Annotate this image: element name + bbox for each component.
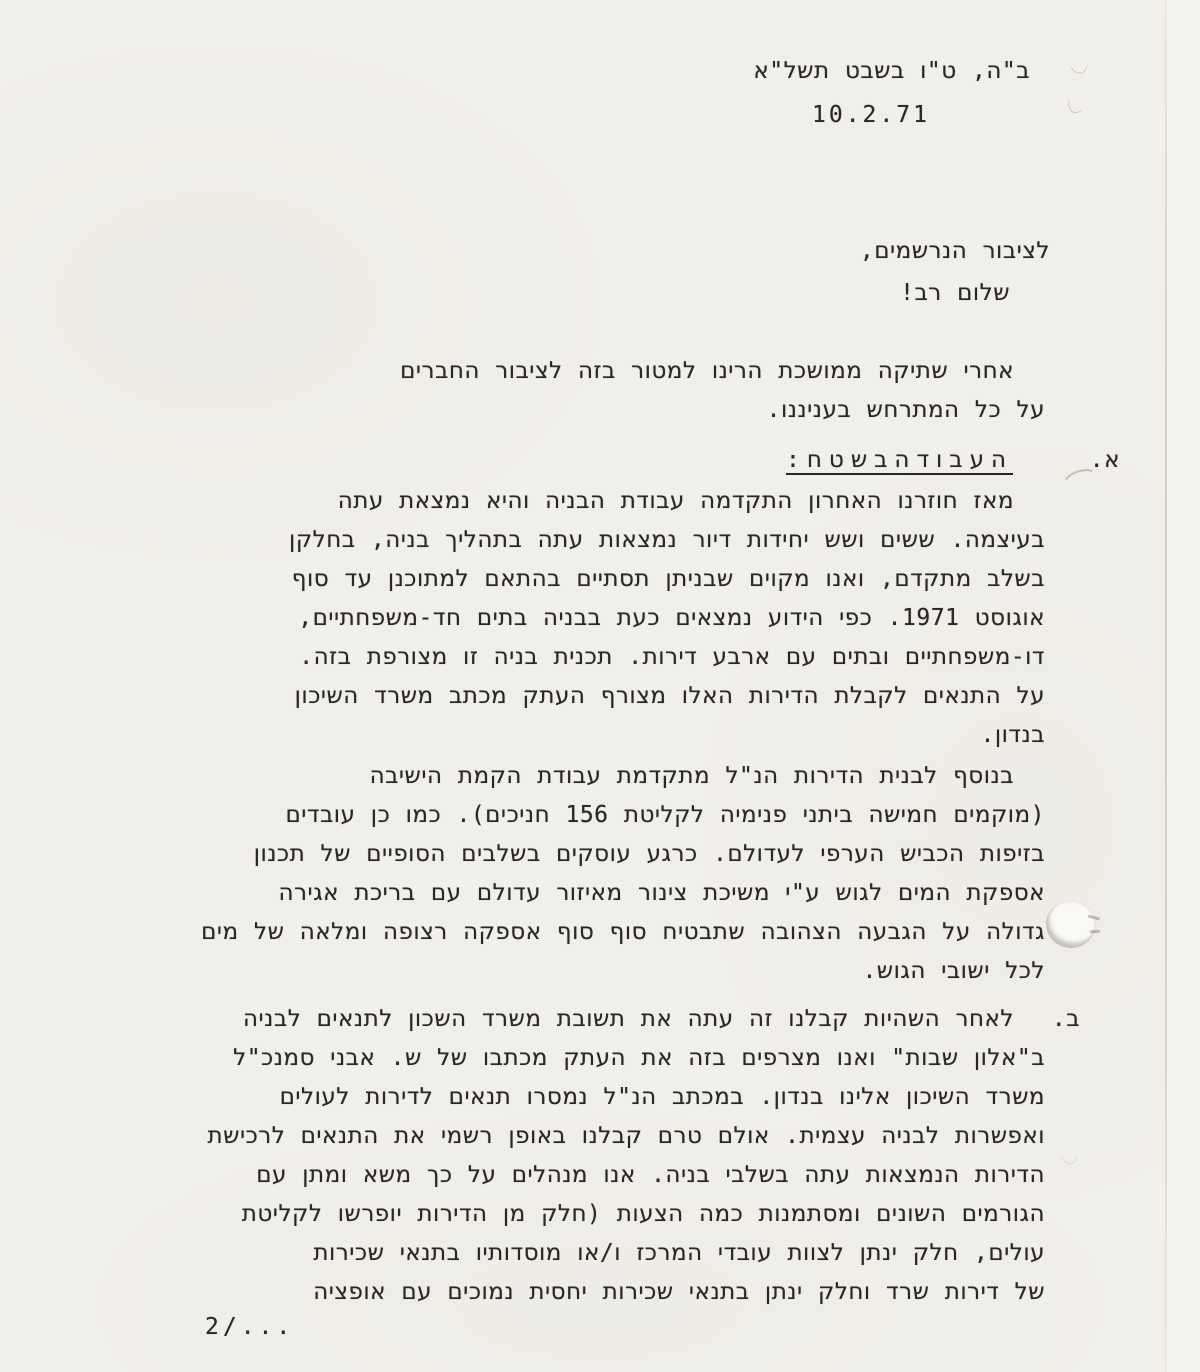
section-b-paragraph: לאחר השהיות קבלנו זה עתה את תשובת משרד ה… xyxy=(208,1000,1045,1312)
text-line: הגורמים השונים ומסתמנות כמה הצעות (חלק מ… xyxy=(208,1195,1045,1234)
text-line: לציבור הנרשמים, xyxy=(860,230,1050,272)
text-line: בנוסף לבנית הדירות הנ"ל מתקדמת עבודת הקמ… xyxy=(201,757,1045,796)
intro-paragraph: אחרי שתיקה ממושכת הרינו למטור בזה לציבור… xyxy=(400,352,1045,430)
text-line: בנדון. xyxy=(289,716,1045,755)
text-line: מאז חוזרנו האחרון התקדמה עבודת הבניה והי… xyxy=(289,482,1045,521)
text-line: הדירות הנמצאות עתה בשלבי בניה. אנו מנהלי… xyxy=(208,1156,1045,1195)
scanned-letter-page: ב"ה, ט"ו בשבט תשל"א 10.2.71 לציבור הנרשמ… xyxy=(0,0,1200,1372)
text-line: משרד השיכון אלינו בנדון. במכתב הנ"ל נמסר… xyxy=(208,1078,1045,1117)
text-line: ואפשרות לבניה עצמית. אולם טרם קבלנו באופ… xyxy=(208,1117,1045,1156)
text-line: גדולה על הגבעה הצהובה שתבטיח סוף סוף אספ… xyxy=(201,913,1045,952)
text-line: דו-משפחתיים ובתים עם ארבע דירות. תכנית ב… xyxy=(289,638,1045,677)
scan-mark xyxy=(1058,1148,1077,1167)
civil-date: 10.2.71 xyxy=(812,96,930,135)
text-line: לכל ישובי הגוש. xyxy=(201,952,1045,991)
text-line: בשלב מתקדם, ואנו מקוים שבניתן תסתיים בהת… xyxy=(289,560,1045,599)
punch-hole-artifact xyxy=(1046,900,1096,948)
scan-mark xyxy=(1090,930,1100,934)
section-a-marker: א. xyxy=(1090,441,1120,480)
text-line: אספקת המים לגוש ע"י משיכת צינור מאיזור ע… xyxy=(201,874,1045,913)
text-line: בעיצמה. ששים ושש יחידות דיור נמצאות עתה … xyxy=(289,521,1045,560)
text-line: אחרי שתיקה ממושכת הרינו למטור בזה לציבור… xyxy=(400,352,1045,391)
text-line: של דירות שרד וחלק ינתן בתנאי שכירות יחסי… xyxy=(208,1273,1045,1312)
section-a-paragraph-1: מאז חוזרנו האחרון התקדמה עבודת הבניה והי… xyxy=(289,482,1045,755)
scan-mark xyxy=(1066,96,1082,115)
text-line: על כל המתרחש בעניננו. xyxy=(400,391,1045,430)
section-b-marker: ב. xyxy=(1052,1000,1080,1039)
text-line: עולים, חלק ינתן לצוות עובדי המרכז ו/או מ… xyxy=(208,1234,1045,1273)
section-a-paragraph-2: בנוסף לבנית הדירות הנ"ל מתקדמת עבודת הקמ… xyxy=(201,757,1045,991)
text-line: על התנאים לקבלת הדירות האלו מצורף העתק מ… xyxy=(289,677,1045,716)
section-a-heading: העבודהבשטח: xyxy=(786,441,1013,480)
hebrew-date: ב"ה, ט"ו בשבט תשל"א xyxy=(753,52,1030,91)
scan-edge-strip xyxy=(1167,0,1200,1372)
page-continuation-indicator: 2/... xyxy=(205,1308,294,1347)
text-line: ב"אלון שבות" ואנו מצרפים בזה את העתק מכת… xyxy=(208,1039,1045,1078)
text-line: אוגוסט 1971. כפי הידוע נמצאים כעת בבניה … xyxy=(289,599,1045,638)
text-line: שלום רב! xyxy=(860,272,1050,314)
paper-edge-line xyxy=(1165,0,1167,1372)
text-line: (מוקמים חמישה ביתני פנימיה לקליטת 156 חנ… xyxy=(201,796,1045,835)
text-line: לאחר השהיות קבלנו זה עתה את תשובת משרד ה… xyxy=(208,1000,1045,1039)
salutation: לציבור הנרשמים,שלום רב! xyxy=(860,230,1050,314)
scan-mark xyxy=(1068,59,1087,76)
text-line: בזיפות הכביש הערפי לעדולם. כרגע עוסקים ב… xyxy=(201,835,1045,874)
